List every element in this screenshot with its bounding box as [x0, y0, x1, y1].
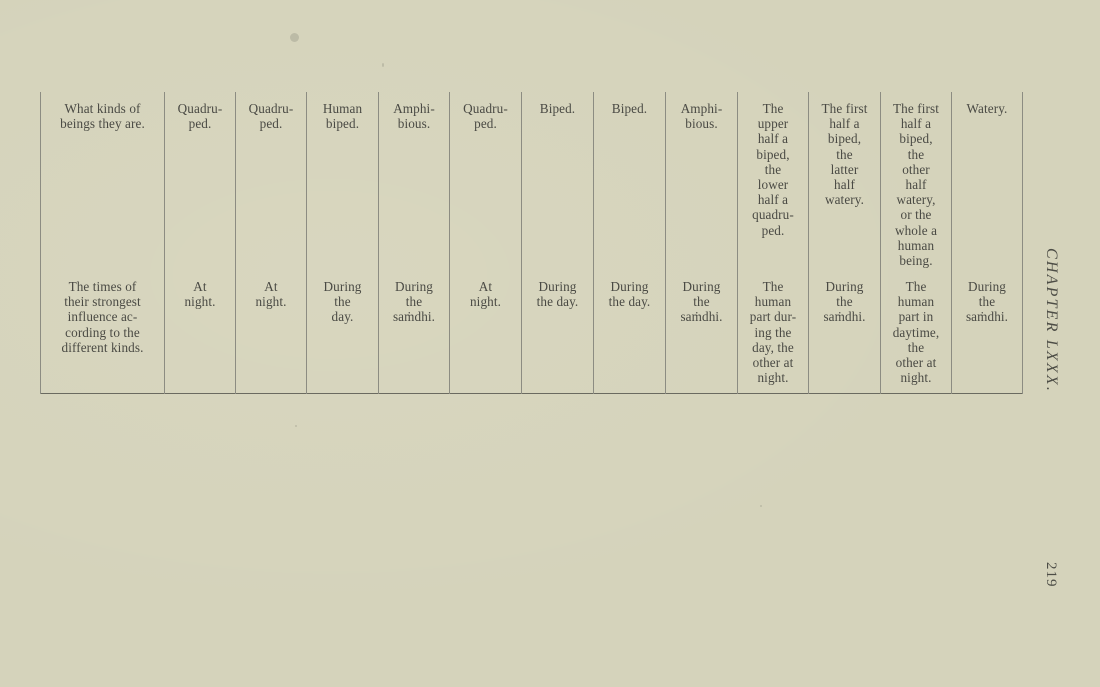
- beings-influence-table: What kinds of beings they are. Quadru- p…: [40, 92, 1023, 394]
- table-cell: During the day.: [522, 277, 594, 394]
- table-cell: The first half a biped, the other half w…: [881, 92, 952, 277]
- table-row-kinds: What kinds of beings they are. Quadru- p…: [41, 92, 1023, 277]
- table-cell: At night.: [165, 277, 236, 394]
- table-cell: Quadru- ped.: [165, 92, 236, 277]
- table-cell: Biped.: [594, 92, 666, 277]
- table-cell: Quadru- ped.: [236, 92, 307, 277]
- table-cell: During the saṁdhi.: [952, 277, 1023, 394]
- table-cell: During the saṁdhi.: [379, 277, 450, 394]
- table-cell: Amphi- bious.: [379, 92, 450, 277]
- book-page: What kinds of beings they are. Quadru- p…: [0, 0, 1100, 687]
- table-cell: Human biped.: [307, 92, 379, 277]
- paper-speck: [382, 63, 384, 67]
- running-head-chapter: CHAPTER LXXX.: [1036, 248, 1060, 428]
- table-row-times: The times of their strongest influence a…: [41, 277, 1023, 394]
- table-cell: During the day.: [594, 277, 666, 394]
- table-cell: The human part dur- ing the day, the oth…: [738, 277, 809, 394]
- table-cell: Quadru- ped.: [450, 92, 522, 277]
- row-label-times: The times of their strongest influence a…: [41, 277, 165, 394]
- table-cell: At night.: [450, 277, 522, 394]
- table-cell: The upper half a biped, the lower half a…: [738, 92, 809, 277]
- row-label-kinds: What kinds of beings they are.: [41, 92, 165, 277]
- table-cell: During the saṁdhi.: [809, 277, 881, 394]
- table-cell: At night.: [236, 277, 307, 394]
- table-cell: The human part in daytime, the other at …: [881, 277, 952, 394]
- table-cell: Watery.: [952, 92, 1023, 277]
- paper-speck: [760, 505, 762, 507]
- table-cell: Amphi- bious.: [666, 92, 738, 277]
- table-cell: Biped.: [522, 92, 594, 277]
- table-cell: During the day.: [307, 277, 379, 394]
- page-number: 219: [1039, 562, 1059, 602]
- table-cell: The first half a biped, the latter half …: [809, 92, 881, 277]
- paper-speck: [295, 425, 297, 427]
- table-cell: During the saṁdhi.: [666, 277, 738, 394]
- paper-speck: [290, 33, 299, 42]
